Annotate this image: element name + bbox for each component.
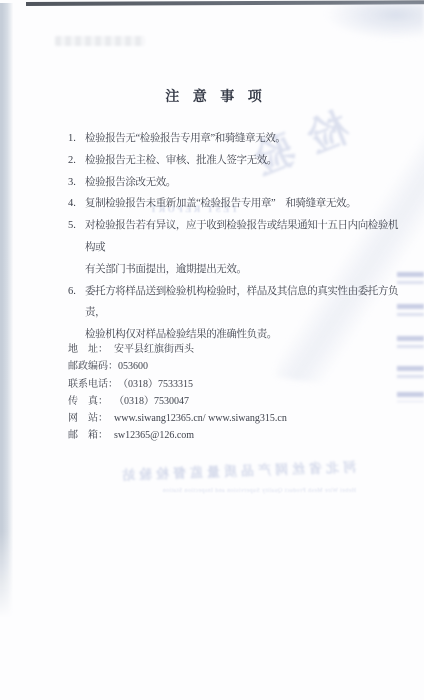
bleedthrough-footer-chinese: 河北省丝网产品质量监督检验站 bbox=[100, 457, 357, 485]
notes-list: 1. 检验报告无“检验报告专用章”和骑缝章无效。 2. 检验报告无主检、审核、批… bbox=[68, 128, 408, 346]
contact-value: 053600 bbox=[118, 361, 148, 372]
contact-value: www.siwang12365.cn/ www.siwang315.cn bbox=[114, 413, 287, 424]
contact-value: （0318）7530047 bbox=[114, 396, 189, 407]
note-text: 对检验报告若有异议，应于收到检验报告或结果通知十五日内向检验机构或 bbox=[85, 215, 408, 259]
note-text: 检验报告涂改无效。 bbox=[85, 172, 408, 194]
note-text: 复制检验报告未重新加盖“检验报告专用章” 和骑缝章无效。 bbox=[85, 193, 408, 215]
scan-smudge-top-right bbox=[324, 4, 424, 40]
note-item: 2. 检验报告无主检、审核、批准人签字无效。 bbox=[68, 150, 408, 172]
note-item: 5. 对检验报告若有异议，应于收到检验报告或结果通知十五日内向检验机构或 有关部… bbox=[68, 215, 408, 280]
note-text: 委托方将样品送到检验机构检验时，样品及其信息的真实性由委托方负责， bbox=[85, 281, 408, 325]
note-number: 4. bbox=[68, 193, 76, 215]
contact-row-phone: 联系电话：（0318）7533315 bbox=[68, 376, 287, 393]
contact-block: 地 址：安平县红旗街西头 邮政编码：053600 联系电话：（0318）7533… bbox=[68, 341, 287, 445]
note-number: 2. bbox=[68, 150, 76, 172]
contact-row-postcode: 邮政编码：053600 bbox=[68, 358, 287, 375]
note-text: 检验报告无主检、审核、批准人签字无效。 bbox=[85, 150, 408, 172]
contact-label: 邮 箱： bbox=[68, 427, 114, 444]
note-item: 6. 委托方将样品送到检验机构检验时，样品及其信息的真实性由委托方负责， 检验机… bbox=[68, 281, 408, 346]
contact-label: 传 真： bbox=[68, 393, 114, 410]
contact-row-website: 网 站：www.siwang12365.cn/ www.siwang315.cn bbox=[68, 410, 287, 427]
contact-value: sw12365@126.com bbox=[114, 430, 194, 441]
note-number: 3. bbox=[68, 172, 76, 194]
contact-row-address: 地 址：安平县红旗街西头 bbox=[68, 341, 287, 358]
page-title: 注 意 事 项 bbox=[8, 86, 424, 106]
note-item: 4. 复制检验报告未重新加盖“检验报告专用章” 和骑缝章无效。 bbox=[68, 193, 408, 215]
bleedthrough-footer-english: Hebei Wire Mesh Product Quality Supervis… bbox=[80, 488, 356, 494]
scanned-notice-page: 检 验 TEST REPORT 河北省丝网产品质量监督检验站 Hebei Wir… bbox=[0, 0, 424, 700]
scan-smudge-top-left bbox=[55, 36, 145, 46]
contact-label: 地 址： bbox=[68, 341, 114, 358]
contact-row-email: 邮 箱：sw12365@126.com bbox=[68, 427, 287, 444]
contact-value: （0318）7533315 bbox=[118, 379, 193, 390]
contact-value: 安平县红旗街西头 bbox=[114, 344, 194, 355]
note-item: 3. 检验报告涂改无效。 bbox=[68, 172, 408, 194]
contact-label: 联系电话： bbox=[68, 376, 118, 393]
note-number: 5. bbox=[68, 215, 76, 237]
note-text: 检验报告无“检验报告专用章”和骑缝章无效。 bbox=[85, 128, 408, 150]
note-text: 有关部门书面提出，逾期提出无效。 bbox=[85, 259, 408, 281]
contact-label: 网 站： bbox=[68, 410, 114, 427]
note-item: 1. 检验报告无“检验报告专用章”和骑缝章无效。 bbox=[68, 128, 408, 150]
note-number: 1. bbox=[68, 128, 76, 150]
contact-label: 邮政编码： bbox=[68, 358, 118, 375]
bleedthrough-right-label-smudge bbox=[397, 366, 424, 382]
bleedthrough-right-label-smudge bbox=[397, 392, 424, 402]
note-number: 6. bbox=[68, 281, 76, 303]
contact-row-fax: 传 真：（0318）7530047 bbox=[68, 393, 287, 410]
